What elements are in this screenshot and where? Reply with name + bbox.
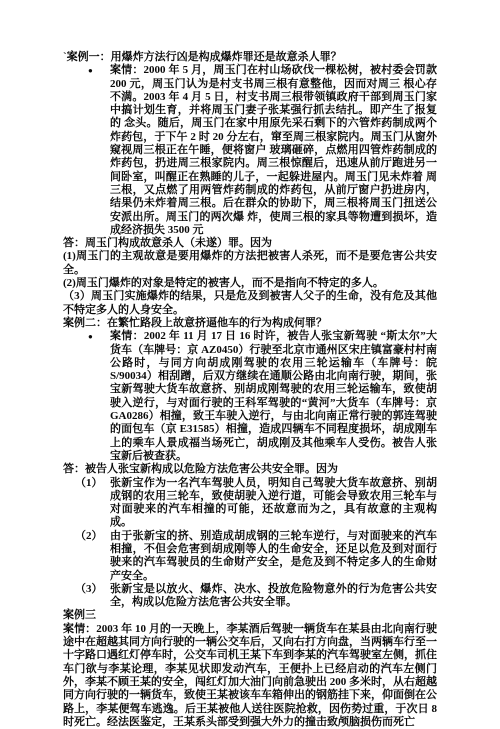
case3-facts-text: 案情：2003 年 10 月的一天晚上，李某酒后驾驶一辆货车在某县由北向南行驶途… (63, 623, 437, 707)
case2-answer: 答：被告人张宝新构成以危险方法危害公共安全罪。因为 (63, 463, 437, 476)
list-number: （1） (75, 477, 110, 530)
case1-point-1: (1)周玉门的主观故意是要用爆炸的方法把被害人杀死，而不是要危害公共安全。 (63, 250, 437, 277)
case1-point-2: (2)周玉门爆炸的对象是特定的被害人，而不是指向不特定的多人。 (63, 277, 437, 290)
list-number: （2） (75, 530, 110, 583)
bullet-icon: ● (88, 330, 110, 463)
case2-point-3: （3） 张新宝是以放火、爆炸、决水、投放危险物意外的行为危害公共安全，构成以危险… (63, 583, 437, 610)
case2-facts-text: 案情：2002 年 11 月 17 日 16 时许，被告人张宝新驾驶 “斯太尔”… (110, 330, 437, 463)
case2-point-3-text: 张新宝是以放火、爆炸、决水、投放危险物意外的行为危害公共安全，构成以危险方法危害… (110, 583, 437, 610)
case3-title: 案例三 (63, 609, 437, 622)
list-number: （3） (75, 583, 110, 610)
case2-title: 案例二：在繁忙路段上故意挤逼他车的行为构成何罪？ (63, 317, 437, 330)
case2-point-1-text: 张新宝作为一名汽车驾驶人员，明知自己驾驶大货车故意挤、别胡成钢的农用三轮车，致使… (110, 477, 437, 530)
case2-point-2: （2） 由于张新宝的挤、别造成胡成钢的三轮车逆行，与对面驶来的汽车相撞，不但会危… (63, 530, 437, 583)
case1-facts-item: ● 案情：2000 年 5 月，周玉门在村山场砍伐一棵松树，被村委会罚款 200… (63, 64, 437, 237)
bullet-icon: ● (88, 64, 110, 237)
case2-facts-item: ● 案情：2002 年 11 月 17 日 16 时许，被告人张宝新驾驶 “斯太… (63, 330, 437, 463)
case1-facts-text: 案情：2000 年 5 月，周玉门在村山场砍伐一棵松树，被村委会罚款 200 元… (110, 64, 437, 237)
case2-point-2-text: 由于张新宝的挤、别造成胡成钢的三轮车逆行，与对面驶来的汽车相撞，不但会危害到胡成… (110, 530, 437, 583)
case1-point-3: （3）周玉门实施爆炸的结果，只是危及到被害人父子的生命，没有危及其他不特定多人的… (63, 290, 437, 317)
document-page: `案例一：用爆炸方法行凶是构成爆炸罪还是故意杀人罪？ ● 案情：2000 年 5… (0, 0, 500, 707)
case1-title: `案例一：用爆炸方法行凶是构成爆炸罪还是故意杀人罪？ (63, 51, 437, 64)
case1-answer: 答：周玉门构成故意杀人（未遂）罪。因为 (63, 237, 437, 250)
case2-point-1: （1） 张新宝作为一名汽车驾驶人员，明知自己驾驶大货车故意挤、别胡成钢的农用三轮… (63, 477, 437, 530)
